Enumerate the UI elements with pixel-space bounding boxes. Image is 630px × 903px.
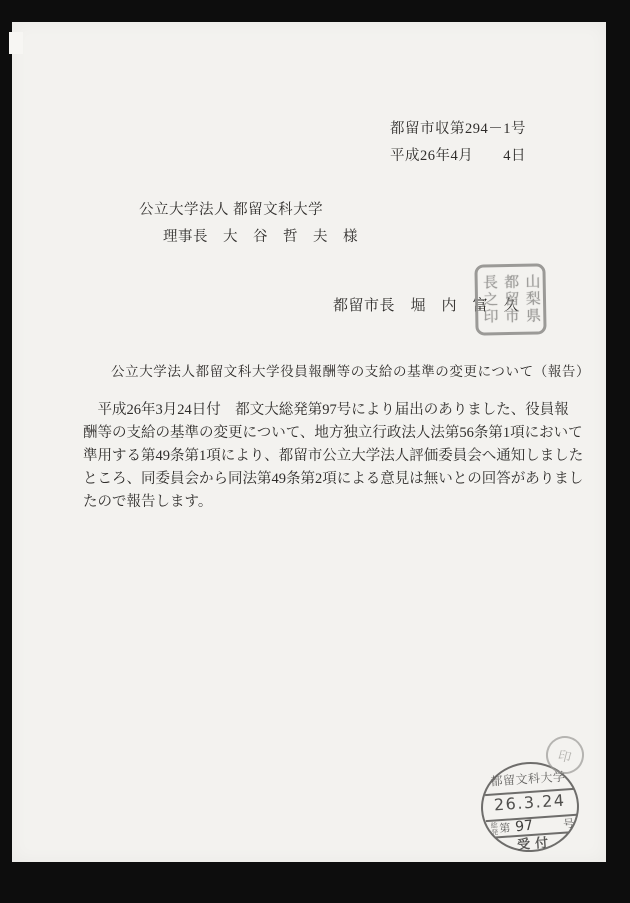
document-title: 公立大学法人都留文科大学役員報酬等の支給の基準の変更について（報告） bbox=[111, 360, 590, 380]
scan-background: 都留市収第294－1号 平成26年4月 4日 公立大学法人 都留文科大学 理事長… bbox=[0, 0, 630, 903]
document-body: 平成26年3月24日付 都文大総発第97号により届出のありました、役員報 酬等の… bbox=[83, 399, 557, 514]
personal-seal-glyph: 印 bbox=[556, 744, 573, 766]
body-line: 酬等の支給の基準の変更について、地方独立行政法人法第56条第1項において bbox=[83, 422, 557, 445]
recipient-organization: 公立大学法人 都留文科大学 bbox=[139, 198, 323, 219]
recipient-name: 理事長 大 谷 哲 夫 様 bbox=[163, 225, 358, 246]
mayor-seal-column: 都留市 bbox=[500, 274, 521, 325]
body-line: 平成26年3月24日付 都文大総発第97号により届出のありました、役員報 bbox=[83, 399, 557, 422]
mayor-seal-column: 山梨県 bbox=[521, 273, 542, 324]
body-line: ところ、同委員会から同法第49条第2項による意見は無いとの回答がありまし bbox=[83, 468, 557, 491]
mayor-seal-stamp: 山梨県 都留市 長之印 bbox=[474, 263, 546, 335]
receipt-stamp-number-prefix: 総発 bbox=[490, 821, 498, 835]
document-page: 都留市収第294－1号 平成26年4月 4日 公立大学法人 都留文科大学 理事長… bbox=[12, 22, 606, 862]
document-date: 平成26年4月 4日 bbox=[390, 144, 526, 165]
body-line: 準用する第49条第1項により、都留市公立大学法人評価委員会へ通知しました bbox=[83, 445, 557, 468]
mayor-seal-column: 長之印 bbox=[479, 274, 500, 325]
scan-artifact bbox=[9, 32, 23, 54]
document-number: 都留市収第294－1号 bbox=[390, 117, 526, 138]
body-line: たので報告します。 bbox=[83, 491, 557, 514]
